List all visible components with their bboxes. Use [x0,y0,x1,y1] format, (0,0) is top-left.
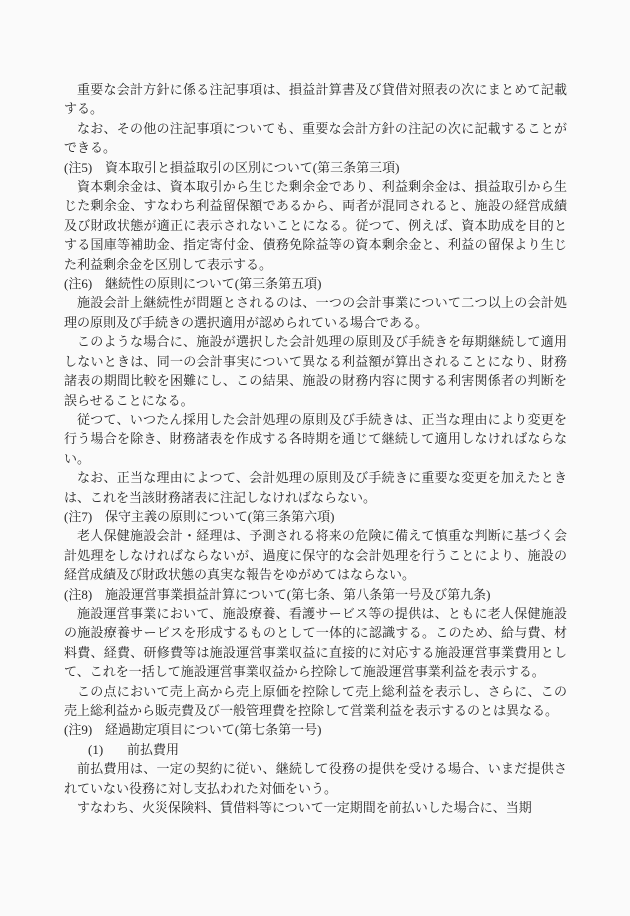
note-5-heading: (注5) 資本取引と損益取引の区別について(第三条第三項) [64,158,567,177]
note-6-paragraph-4: なお、正当な理由によつて、会計処理の原則及び手続きに重要な変更を加えたときは、こ… [64,468,567,507]
note-9-heading: (注9) 経過勘定項目について(第七条第一号) [64,720,567,739]
note-6-title: 継続性の原則について(第三条第五項) [105,274,567,293]
note-8-title: 施設運営事業損益計算について(第七条、第八条第一号及び第九条) [105,585,567,604]
intro-paragraph-1: 重要な会計方針に係る注記事項は、損益計算書及び貸借対照表の次にまとめて記載する。 [64,80,567,119]
note-section-7: (注7) 保守主義の原則について(第三条第六項) 老人保健施設会計・経理は、予測… [64,507,567,585]
note-7-paragraph-1: 老人保健施設会計・経理は、予測される将来の危険に備えて慎重な判断に基づく会計処理… [64,526,567,584]
note-5-label: (注5) [64,158,105,177]
note-6-paragraph-3: 従つて、いつたん採用した会計処理の原則及び手続きは、正当な理由により変更を行う場… [64,410,567,468]
subitem-1-heading: (1) 前払費用 [88,740,567,759]
note-6-paragraph-2: このような場合に、施設が選択した会計処理の原則及び手続きを毎期継続して適用しない… [64,332,567,410]
note-section-9: (注9) 経過勘定項目について(第七条第一号) (1) 前払費用 前払費用は、一… [64,720,567,817]
note-5-paragraph-1: 資本剰余金は、資本取引から生じた剰余金であり、利益剰余金は、損益取引から生じた剰… [64,177,567,274]
subitem-1-paragraph-2: すなわち、火災保険料、賃借料等について一定期間を前払いした場合に、当期 [64,798,567,817]
note-7-heading: (注7) 保守主義の原則について(第三条第六項) [64,507,567,526]
document-text-area: 重要な会計方針に係る注記事項は、損益計算書及び貸借対照表の次にまとめて記載する。… [64,80,567,817]
subitem-1-label: (1) [88,740,127,759]
note-6-label: (注6) [64,274,105,293]
note-8-heading: (注8) 施設運営事業損益計算について(第七条、第八条第一号及び第九条) [64,585,567,604]
subitem-1-paragraph-1: 前払費用は、一定の契約に従い、継続して役務の提供を受ける場合、いまだ提供されてい… [64,759,567,798]
note-5-title: 資本取引と損益取引の区別について(第三条第三項) [105,158,567,177]
intro-paragraph-2: なお、その他の注記事項についても、重要な会計方針の注記の次に記載することができる… [64,119,567,158]
note-section-8: (注8) 施設運営事業損益計算について(第七条、第八条第一号及び第九条) 施設運… [64,585,567,721]
note-6-heading: (注6) 継続性の原則について(第三条第五項) [64,274,567,293]
note-9-title: 経過勘定項目について(第七条第一号) [105,720,567,739]
note-8-paragraph-2: この点において売上高から売上原価を控除して売上総利益を表示し、さらに、この売上総… [64,682,567,721]
note-section-6: (注6) 継続性の原則について(第三条第五項) 施設会計上継続性が問題とされるの… [64,274,567,507]
note-9-label: (注9) [64,720,105,739]
document-page: 重要な会計方針に係る注記事項は、損益計算書及び貸借対照表の次にまとめて記載する。… [0,0,630,916]
note-6-paragraph-1: 施設会計上継続性が問題とされるのは、一つの会計事業について二つ以上の会計処理の原… [64,293,567,332]
note-section-5: (注5) 資本取引と損益取引の区別について(第三条第三項) 資本剰余金は、資本取… [64,158,567,274]
note-8-paragraph-1: 施設運営事業において、施設療養、看護サービス等の提供は、ともに老人保健施設の施設… [64,604,567,682]
note-8-label: (注8) [64,585,105,604]
subitem-1-title: 前払費用 [127,740,567,759]
note-9-subitem-1: (1) 前払費用 前払費用は、一定の契約に従い、継続して役務の提供を受ける場合、… [64,740,567,818]
note-7-label: (注7) [64,507,105,526]
note-7-title: 保守主義の原則について(第三条第六項) [105,507,567,526]
